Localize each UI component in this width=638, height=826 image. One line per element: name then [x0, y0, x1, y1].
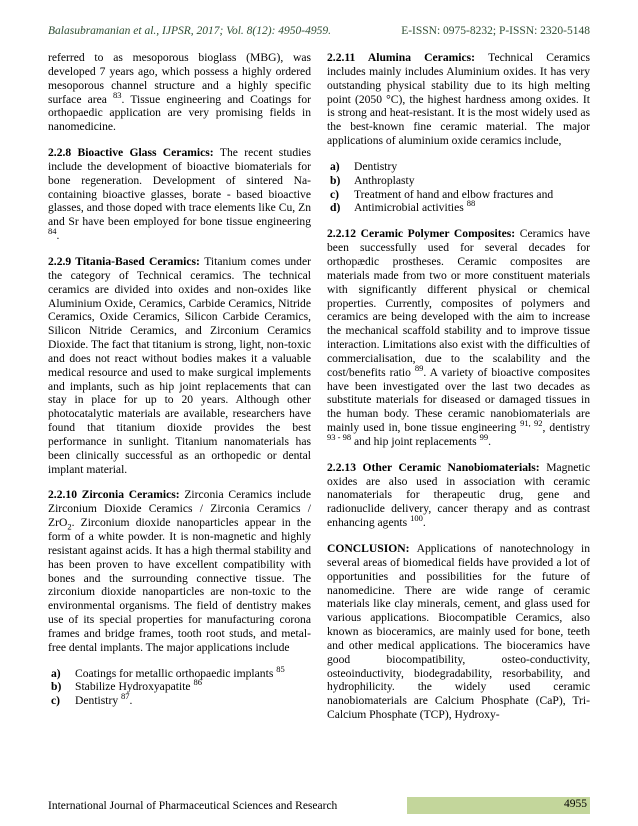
reference-superscript: 85	[276, 664, 285, 674]
list-item: a)Dentistry	[330, 160, 590, 174]
body-text: .	[130, 694, 133, 707]
body-text: Dentistry	[354, 160, 397, 173]
reference-superscript: 86	[193, 678, 202, 688]
list-item: a)Coatings for metallic orthopaedic impl…	[51, 667, 311, 681]
ordered-list: a)Dentistryb)Anthroplastyc)Treatment of …	[327, 160, 590, 215]
list-marker: b)	[51, 680, 75, 694]
reference-superscript: 93 - 98	[327, 432, 351, 442]
body-text: . Zirconium dioxide nanoparticles appear…	[48, 516, 311, 654]
reference-superscript: 99	[480, 432, 489, 442]
list-item: b)Anthroplasty	[330, 174, 590, 188]
ordered-list: a)Coatings for metallic orthopaedic impl…	[48, 667, 311, 709]
list-marker: c)	[330, 188, 354, 202]
body-text: Anthroplasty	[354, 174, 415, 187]
page-number: 4955	[407, 797, 590, 814]
body-text: Coatings for metallic orthopaedic implan…	[75, 667, 276, 680]
section-heading: 2.2.11 Alumina Ceramics:	[327, 51, 488, 64]
body-text: Dentistry	[75, 694, 121, 707]
page-header: Balasubramanian et al., IJPSR, 2017; Vol…	[48, 25, 590, 37]
list-item-text: Stabilize Hydroxyapatite 86	[75, 680, 311, 694]
list-marker: c)	[51, 694, 75, 708]
list-marker: b)	[330, 174, 354, 188]
section-heading: 2.2.10 Zirconia Ceramics:	[48, 488, 184, 501]
reference-superscript: 88	[467, 199, 476, 209]
list-item-text: Anthroplasty	[354, 174, 590, 188]
body-text: .	[488, 435, 491, 448]
citation: Balasubramanian et al., IJPSR, 2017; Vol…	[48, 25, 331, 37]
body-text: Antimicrobial activities	[354, 201, 467, 214]
journal-name: International Journal of Pharmaceutical …	[48, 800, 337, 812]
reference-superscript: 83	[113, 90, 122, 100]
body-text: , dentistry	[543, 421, 591, 434]
paragraph: 2.2.8 Bioactive Glass Ceramics: The rece…	[48, 146, 311, 243]
paragraph: 2.2.11 Alumina Ceramics: Technical Ceram…	[327, 51, 590, 148]
reference-superscript: 91, 92	[520, 418, 542, 428]
reference-superscript: 87	[121, 691, 130, 701]
list-item: d)Antimicrobial activities 88	[330, 201, 590, 215]
reference-superscript: 84	[48, 226, 57, 236]
right-column: 2.2.11 Alumina Ceramics: Technical Ceram…	[327, 51, 590, 734]
section-heading: 2.2.13 Other Ceramic Nanobiomaterials:	[327, 461, 546, 474]
list-item-text: Dentistry	[354, 160, 590, 174]
list-item: b)Stabilize Hydroxyapatite 86	[51, 680, 311, 694]
list-item-text: Dentistry 87.	[75, 694, 311, 708]
reference-superscript: 100	[410, 513, 423, 523]
list-marker: d)	[330, 201, 354, 215]
list-marker: a)	[51, 667, 75, 681]
body-text: Stabilize Hydroxyapatite	[75, 680, 193, 693]
paragraph: 2.2.13 Other Ceramic Nanobiomaterials: M…	[327, 461, 590, 530]
issn: E-ISSN: 0975-8232; P-ISSN: 2320-5148	[401, 25, 590, 37]
body-text: .	[57, 229, 60, 242]
section-heading: CONCLUSION:	[327, 542, 417, 555]
body-text: Titanium comes under the category of Tec…	[48, 255, 311, 476]
section-heading: 2.2.8 Bioactive Glass Ceramics:	[48, 146, 220, 159]
page-footer: International Journal of Pharmaceutical …	[48, 797, 590, 814]
body-text: Applications of nanotechnology in severa…	[327, 542, 590, 721]
left-column: referred to as mesoporous bioglass (MBG)…	[48, 51, 311, 734]
body-text: .	[423, 516, 426, 529]
paragraph: CONCLUSION: Applications of nanotechnolo…	[327, 542, 590, 722]
paragraph: 2.2.10 Zirconia Ceramics: Zirconia Ceram…	[48, 488, 311, 654]
section-heading: 2.2.12 Ceramic Polymer Composites:	[327, 227, 520, 240]
section-heading: 2.2.9 Titania-Based Ceramics:	[48, 255, 204, 268]
body-text: Treatment of hand and elbow fractures an…	[354, 188, 553, 201]
paper-page: Balasubramanian et al., IJPSR, 2017; Vol…	[0, 0, 638, 826]
paragraph: referred to as mesoporous bioglass (MBG)…	[48, 51, 311, 134]
body-text: Technical Ceramics includes mainly inclu…	[327, 51, 590, 147]
paragraph: 2.2.12 Ceramic Polymer Composites: Ceram…	[327, 227, 590, 449]
list-item-text: Antimicrobial activities 88	[354, 201, 590, 215]
paragraph: 2.2.9 Titania-Based Ceramics: Titanium c…	[48, 255, 311, 477]
list-item: c)Dentistry 87.	[51, 694, 311, 708]
body-text: and hip joint replacements	[351, 435, 479, 448]
list-item: c)Treatment of hand and elbow fractures …	[330, 188, 590, 202]
body-text: Ceramics have been successfully used for…	[327, 227, 590, 378]
two-column-body: referred to as mesoporous bioglass (MBG)…	[48, 51, 590, 734]
list-marker: a)	[330, 160, 354, 174]
